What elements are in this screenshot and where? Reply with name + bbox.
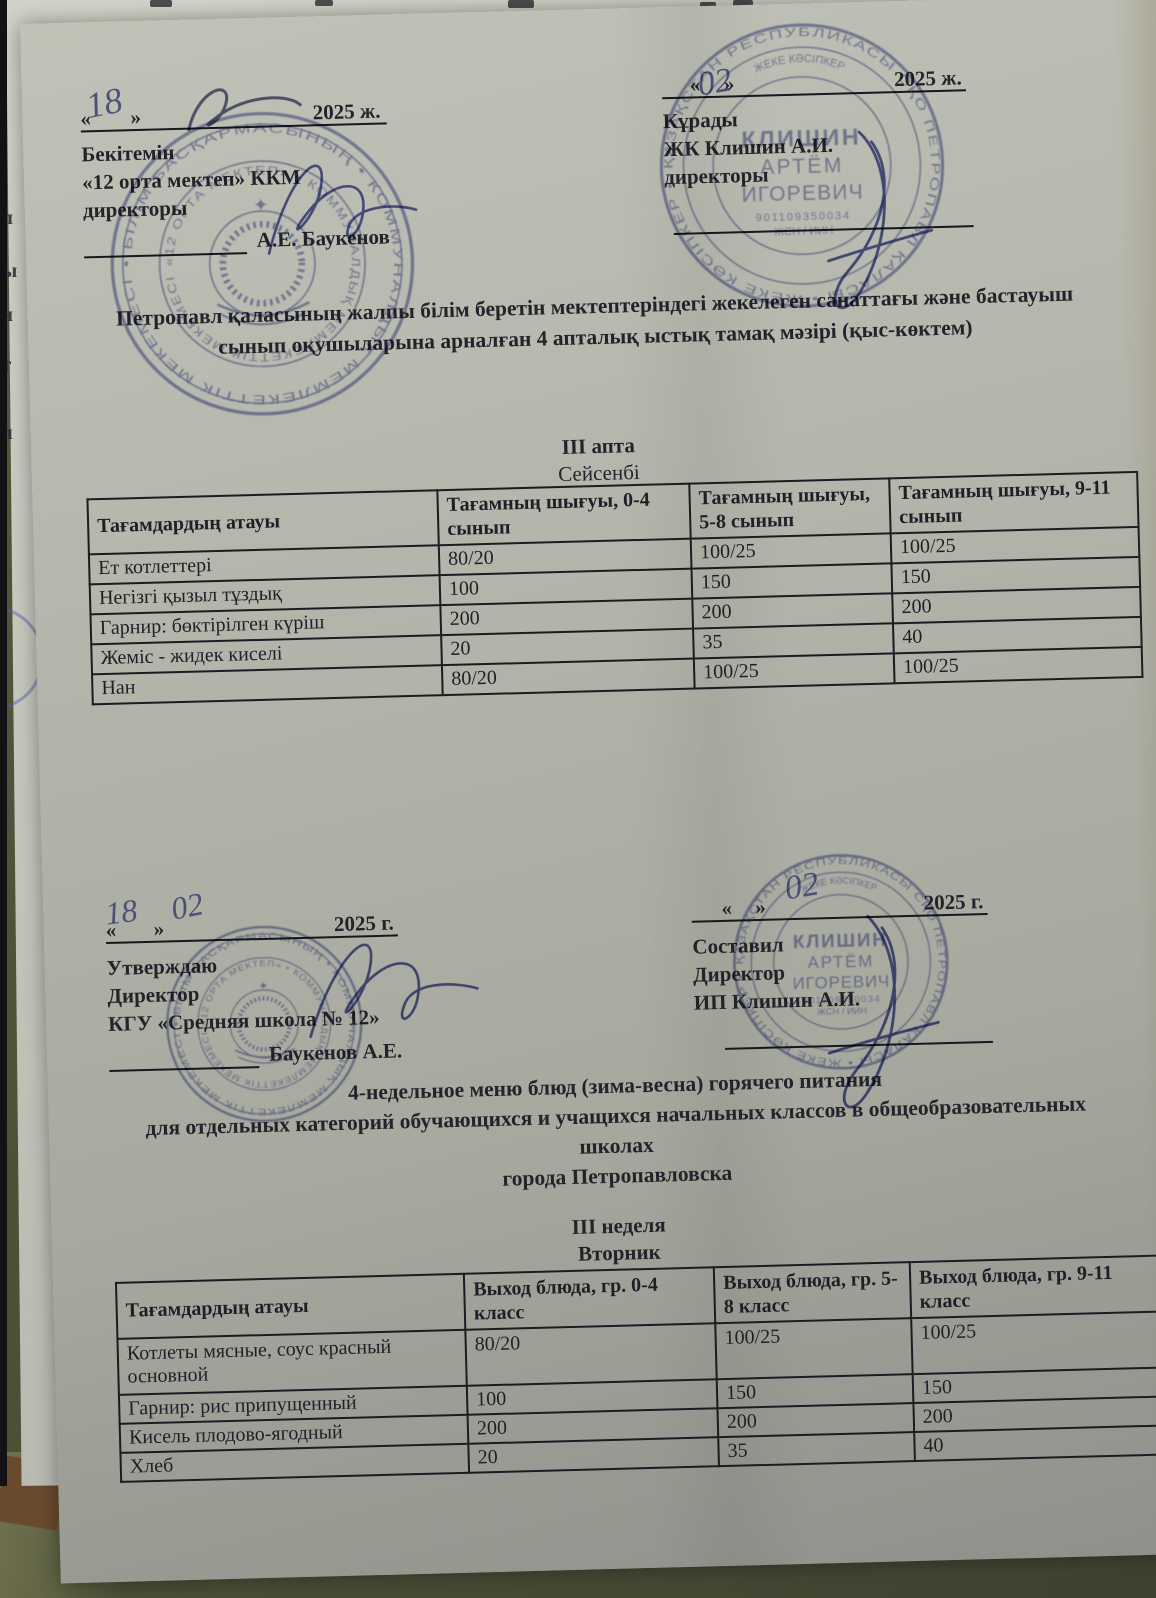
stamp-name-line: АРТЁМ (760, 154, 844, 179)
dish-name-cell: Котлеты мясные, соус красный основной (117, 1330, 466, 1395)
col-header: Выход блюда, гр. 9-11 класс (910, 1256, 1156, 1319)
handwritten-day: 18 (103, 892, 140, 933)
cell: 20 (468, 1437, 719, 1473)
entrepreneur-round-stamp-bottom: ҚАЗАҚСТАН РЕСПУБЛИКАСЫ СҚО ПЕТРОПАВЛ ҚАЛ… (726, 847, 956, 1077)
cut-off-print-mark (508, 0, 534, 8)
stamp-name-line: ИГОРЕВИЧ (792, 972, 890, 994)
entrepreneur-round-stamp-top: ҚАЗАҚСТАН РЕСПУБЛИКАСЫ СҚО ПЕТРОПАВЛ ҚАЛ… (650, 14, 954, 318)
col-header: Тағамның шығуы, 5-8 сынып (689, 478, 890, 538)
stamp-id-label: ЖСН / ИИН (774, 225, 834, 239)
cell: 35 (718, 1432, 915, 1466)
school-round-stamp-top: • БІЛІМ БАСҚАРМАСЫНЫҢ • КОММУНАЛДЫҚ МЕМЛ… (100, 102, 424, 426)
cell: 100/25 (715, 1318, 912, 1379)
menu-document-page: « » 2025 ж. Бекітемін «12 орта мектеп» К… (20, 0, 1156, 1583)
menu-table-russian: Тағамдардың атауы Выход блюда, гр. 0-4 к… (115, 1255, 1156, 1483)
col-header: Тағамның шығуы, 9-11 сынып (889, 472, 1138, 533)
stamp-name-line: КЛИШИН (793, 929, 888, 952)
cell: 80/20 (442, 658, 695, 695)
stamp-star: ✦ (253, 194, 269, 215)
cell: 40 (914, 1426, 1156, 1462)
col-header: Тағамдардың атауы (87, 490, 438, 554)
stamp-star: ✦ (258, 979, 268, 993)
cell: 80/20 (465, 1323, 716, 1386)
cut-off-print-mark (315, 0, 333, 6)
col-header: Выход блюда, гр. 5-8 класс (714, 1262, 911, 1323)
cell: 100/25 (694, 653, 895, 688)
svg-text:ЖЕКЕ КӘСІПКЕР: ЖЕКЕ КӘСІПКЕР (752, 52, 847, 76)
stamp-name-line: АРТЁМ (807, 952, 874, 973)
stamp-inner-top-text: ЖЕКЕ КӘСІПКЕР (752, 52, 847, 76)
handwritten-month: 02 (168, 885, 207, 928)
photographed-document: { "doc": { "approval_top_left": { "open_… (0, 0, 1156, 1598)
photo-left-edge (0, 0, 7, 1486)
cut-off-print-mark (150, 0, 172, 7)
cell: 100/25 (894, 647, 1143, 683)
col-header: Тағамдардың атауы (116, 1274, 465, 1339)
cell: 100/25 (911, 1312, 1156, 1375)
stamp-name-line: ИГОРЕВИЧ (741, 181, 864, 207)
stamp-id-number: 901109350034 (755, 210, 851, 224)
school-round-stamp-bottom: • БІЛІМ БАСҚАРМАСЫНЫҢ • КОММУНАЛДЫҚ МЕМЛ… (160, 919, 369, 1128)
stamp-name-line: КЛИШИН (741, 123, 861, 152)
col-header: Тағамның шығуы, 0-4 сынып (437, 484, 690, 545)
stamp-id-number: 901109350034 (803, 994, 882, 1006)
col-header: Выход блюда, гр. 0-4 класс (464, 1267, 715, 1330)
stamp-id-label: ЖСН / ИИН (817, 1005, 867, 1016)
menu-table-kazakh: Тағамдардың атауы Тағамның шығуы, 0-4 сы… (86, 471, 1143, 705)
